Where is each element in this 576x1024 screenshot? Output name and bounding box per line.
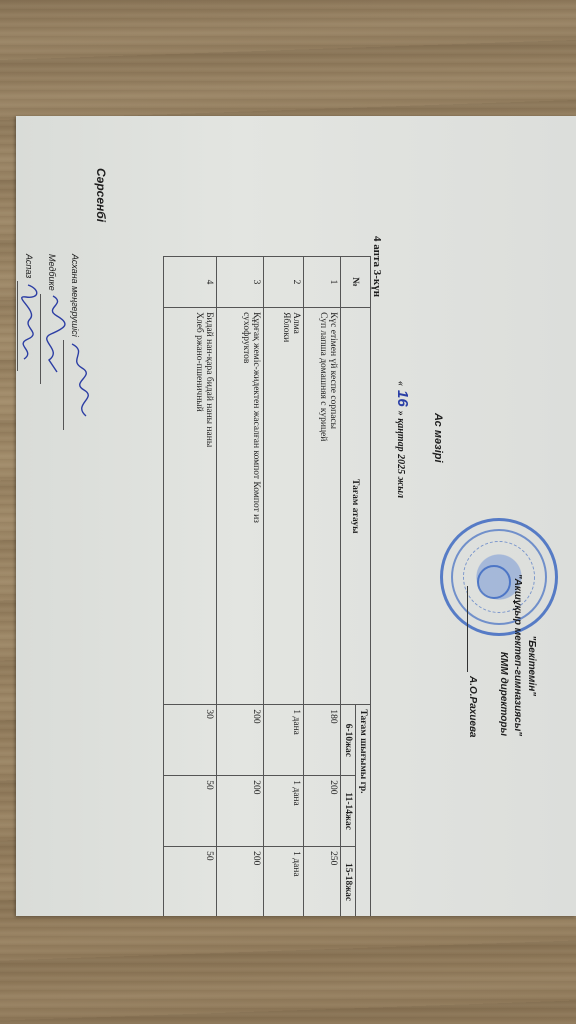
weekday-label: Сәрсенбі <box>94 168 108 222</box>
cook-signature <box>17 281 30 371</box>
approval-block: "Бекітемін" "Акшұқыр мектеп-гимназиясы" … <box>496 436 538 736</box>
row-number: 3 <box>217 257 264 308</box>
director-name: А.О.Рахиева <box>467 676 478 738</box>
dish-name-kz: Құрғақ жеміс-жидектен жасалған компот Ко… <box>251 312 261 700</box>
handwritten-signature-icon <box>20 281 44 361</box>
row-number: 1 <box>304 257 341 308</box>
menu-date: «16» қаңтар 2025 жыл <box>394 381 411 498</box>
menu-title: Ас мәзірі <box>432 413 444 463</box>
director-signature-line <box>467 586 468 672</box>
dish-name-kz: Күс етімен үй кеспе сорпасы <box>328 312 338 700</box>
dish-name-ru: Хлеб ржано-пшеничный <box>194 312 204 700</box>
portion-6-10: 30 <box>164 705 217 776</box>
row-number: 4 <box>164 257 217 308</box>
portion-6-10: 200 <box>217 705 264 776</box>
table-header-row: № Тағам атауы Тағам шығымы гр. <box>356 257 371 917</box>
portion-15-18: 250 <box>304 847 341 916</box>
dish-name-ru: сухофруктов <box>241 312 251 700</box>
row-number: 2 <box>264 257 304 308</box>
dish-name-ru: Яблоки <box>281 312 291 700</box>
date-day-handwritten: 16 <box>394 386 411 411</box>
table-row: 1 Күс етімен үй кеспе сорпасы Суп лапша … <box>304 257 341 917</box>
approval-school-name: "Акшұқыр мектеп-гимназиясы" <box>510 436 524 736</box>
date-month-year: » қаңтар 2025 жыл <box>395 411 406 499</box>
header-age-15-18: 15-18жас <box>341 847 356 916</box>
portion-6-10: 1 дана <box>264 705 304 776</box>
dish-name-kz: Бидай нан-қара бидай наны наны <box>204 312 214 700</box>
portion-11-14: 1 дана <box>264 776 304 847</box>
handwritten-signature-icon <box>43 294 67 374</box>
table-row: 4 Бидай нан-қара бидай наны наны Хлеб рж… <box>164 257 217 917</box>
row-dish-name: Бидай нан-қара бидай наны наны Хлеб ржан… <box>164 308 217 705</box>
dish-name-kz: Алма <box>291 312 301 700</box>
row-dish-name: Алма Яблоки <box>264 308 304 705</box>
document-rotated-content: Сәрсенбі 4 апта 3-күн "Бекітемін" "Акшұқ… <box>16 116 576 916</box>
approval-position: КММ директоры <box>496 436 510 736</box>
table-row: 2 Алма Яблоки 1 дана 1 дана 1 дана <box>264 257 304 917</box>
signatures-block: Асхана меңгерушісі Медбике Аспаз <box>17 254 86 430</box>
signature-row-cook: Аспаз <box>17 254 40 430</box>
portion-15-18: 200 <box>217 847 264 916</box>
header-portion-group: Тағам шығымы гр. <box>356 705 371 916</box>
table-row: 3 Құрғақ жеміс-жидектен жасалған компот … <box>217 257 264 917</box>
handwritten-signature-icon <box>66 340 90 420</box>
header-age-6-10: 6-10жас <box>341 705 356 776</box>
portion-15-18: 1 дана <box>264 847 304 916</box>
portion-11-14: 200 <box>304 776 341 847</box>
approval-heading: "Бекітемін" <box>524 436 538 736</box>
row-dish-name: Құрғақ жеміс-жидектен жасалған компот Ко… <box>217 308 264 705</box>
week-day-label: 4 апта 3-күн <box>371 236 383 297</box>
portion-6-10: 180 <box>304 705 341 776</box>
cook-label: Аспаз <box>17 254 40 278</box>
menu-document-sheet: Сәрсенбі 4 апта 3-күн "Бекітемін" "Акшұқ… <box>16 116 576 916</box>
header-age-11-14: 11-14жас <box>341 776 356 847</box>
menu-table: № Тағам атауы Тағам шығымы гр. 6-10жас 1… <box>163 256 371 916</box>
header-dish-name: Тағам атауы <box>341 308 371 705</box>
portion-15-18: 50 <box>164 847 217 916</box>
row-dish-name: Күс етімен үй кеспе сорпасы Суп лапша до… <box>304 308 341 705</box>
portion-11-14: 50 <box>164 776 217 847</box>
portion-11-14: 200 <box>217 776 264 847</box>
header-number: № <box>341 257 371 308</box>
dish-name-ru: Суп лапша домашняя с курицей <box>318 312 328 700</box>
